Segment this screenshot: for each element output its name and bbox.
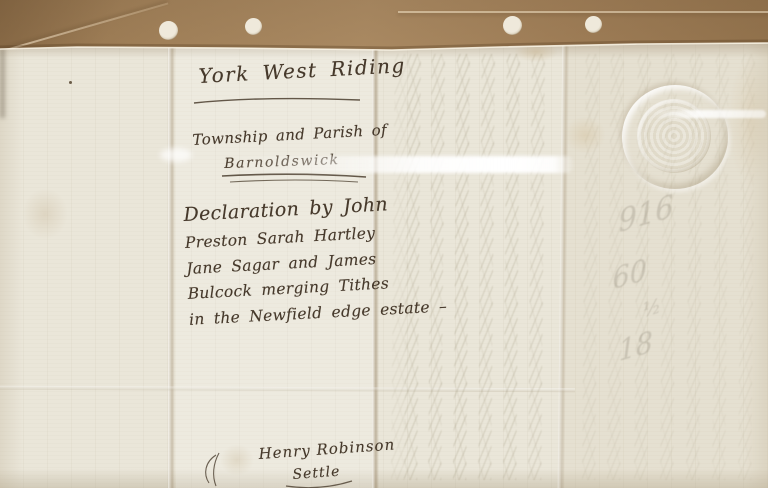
declaration-text-block: Declaration by John Preston Sarah Hartle… [183,190,448,335]
bleedthrough-column [503,54,520,480]
paper-stain [728,56,768,186]
archival-document-scan: York West Riding Township and Parish of … [0,0,768,488]
punch-hole [245,18,262,35]
punch-hole [503,16,522,35]
bleedthrough-column [478,54,495,480]
bleedthrough-column [528,54,545,480]
paper-stain [564,116,606,154]
punch-hole [159,21,178,40]
punch-hole [585,16,602,33]
fold-crease-left [168,42,175,488]
embossed-seal [622,85,728,189]
scan-glare-streak [228,156,575,173]
backing-crease [398,11,768,13]
paper-stain [220,444,254,476]
paper-stain [22,188,68,240]
ink-speck [69,81,72,84]
scan-glare-streak [650,110,766,118]
document-paper: York West Riding Township and Parish of … [0,0,768,488]
scan-glare-spot [160,148,192,162]
paper-edge-shadow [0,48,5,118]
signature-place: Settle [292,464,341,483]
bleedthrough-column [453,54,470,480]
